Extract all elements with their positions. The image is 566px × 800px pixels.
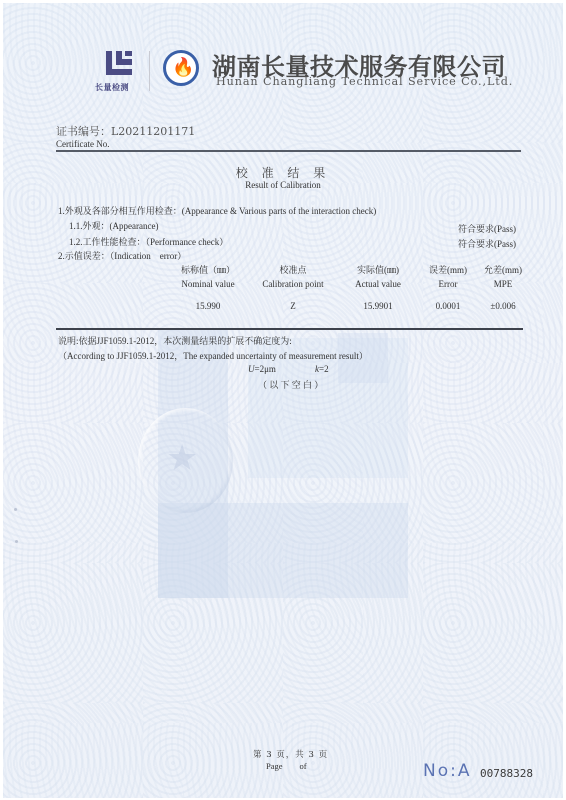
column-header-en: Calibration point	[248, 279, 338, 289]
serial-number: 00788328	[480, 767, 533, 780]
check-result: 符合要求(Pass)	[458, 222, 516, 235]
cell-error: 0.0001	[418, 301, 478, 311]
embossed-seal: ★	[138, 408, 233, 513]
check-item: 2.示值误差：（Indication error）	[58, 249, 186, 262]
certificate-number-value: L20211201171	[111, 125, 195, 138]
check-item: 1.1.外观：(Appearance)	[69, 219, 158, 232]
divider	[56, 328, 523, 330]
cell-calibration-point: Z	[248, 301, 338, 311]
section-title-cn: 校 准 结 果	[3, 164, 563, 181]
uncertainty-value: U=2μm	[248, 364, 276, 374]
page-number-en: Page of	[266, 760, 307, 772]
paper-speck	[14, 508, 17, 511]
page-number-cn: 第 3 页，共 3 页	[253, 748, 328, 760]
check-result: 符合要求(Pass)	[458, 237, 516, 250]
column-header-cn: 允差(mm)	[473, 263, 533, 276]
watermark-logo	[158, 503, 408, 598]
certificate-page: ★ 长量检测 🔥 湖南长量技术服务有限公司 Hunan Changliang T…	[3, 3, 563, 798]
column-header-cn: 校准点	[248, 263, 338, 276]
column-header-cn: 误差(mm)	[418, 263, 478, 276]
company-name-en: Hunan Changliang Technical Service Co.,L…	[216, 75, 513, 88]
logo-text: 长量检测	[95, 82, 129, 93]
cell-mpe: ±0.006	[473, 301, 533, 311]
column-header-en: Nominal value	[168, 279, 248, 289]
cell-actual-value: 15.9901	[338, 301, 418, 311]
blank-below-note: （ 以 下 空 白 ）	[258, 378, 323, 391]
certificate-label-en: Certificate No.	[56, 139, 109, 149]
uncertainty-note-en: （According to JJF1059.1-2012，The expande…	[58, 349, 368, 362]
divider	[56, 150, 521, 152]
coverage-factor: k=2	[315, 364, 329, 374]
paper-speck	[15, 540, 18, 543]
check-item: 1.2.工作性能检查：（Performance check）	[69, 235, 228, 248]
company-emblem-icon: 🔥	[163, 50, 199, 86]
column-header-cn: 实际值(㎜)	[338, 263, 418, 276]
uncertainty-note-cn: 说明:依据JJF1059.1-2012，本次测量结果的扩展不确定度为:	[58, 334, 292, 347]
column-header-en: MPE	[473, 279, 533, 289]
column-header-cn: 标称值（㎜）	[168, 263, 248, 276]
check-item: 1.外观及各部分相互作用检查：(Appearance & Various par…	[58, 204, 376, 217]
changliang-logo-icon	[106, 51, 132, 75]
column-header-en: Actual value	[338, 279, 418, 289]
header-divider	[149, 51, 150, 91]
serial-label: No:A	[423, 761, 471, 781]
cell-nominal-value: 15.990	[168, 301, 248, 311]
star-icon: ★	[166, 438, 198, 479]
column-header-en: Error	[418, 279, 478, 289]
certificate-label-cn: 证书编号：	[56, 125, 111, 138]
certificate-number: 证书编号：L20211201171	[56, 123, 195, 139]
section-title-en: Result of Calibration	[3, 180, 563, 190]
